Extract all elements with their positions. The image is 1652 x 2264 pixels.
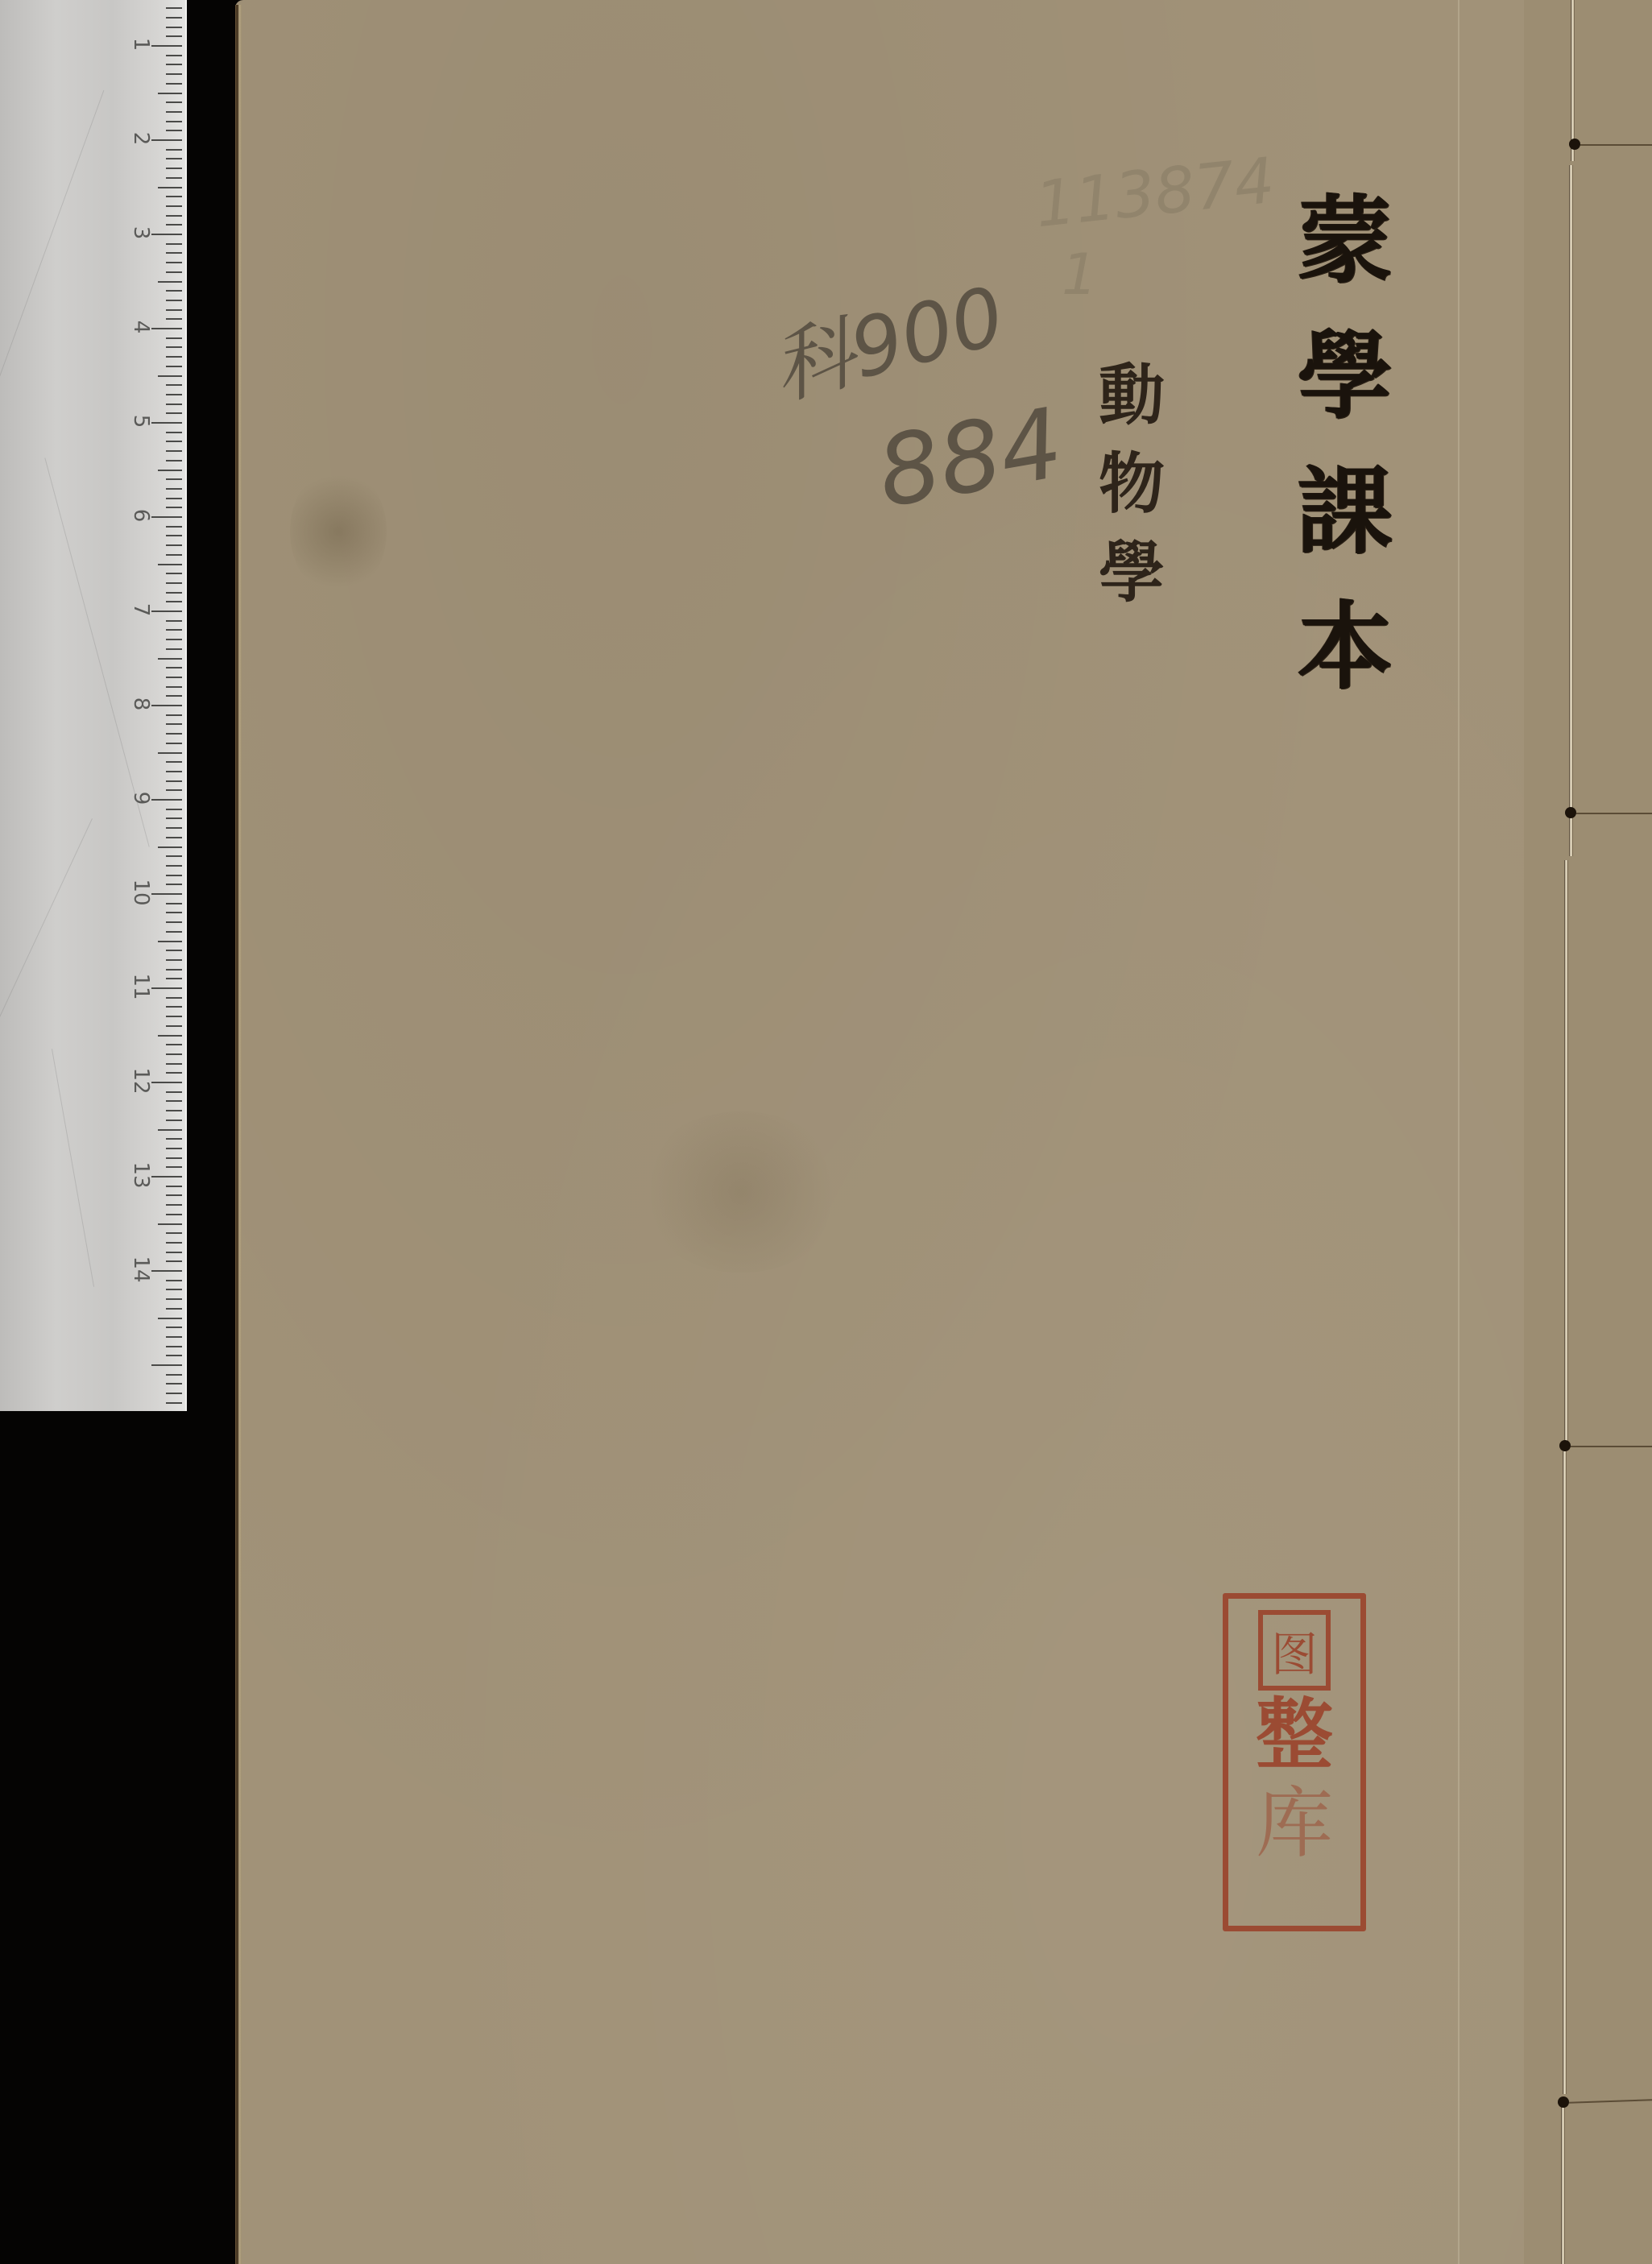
binding-thread (1561, 2097, 1565, 2264)
cover-fold-line (1458, 0, 1459, 2264)
ruler-tick (166, 243, 182, 245)
ruler-tick (166, 101, 182, 103)
ruler-tick (166, 827, 182, 829)
binding-strip (1524, 0, 1652, 2264)
ruler-tick (166, 35, 182, 37)
ruler-tick (166, 1402, 182, 1404)
ruler-tick (166, 667, 182, 668)
ruler-tick (158, 1318, 182, 1319)
ruler-tick (166, 366, 182, 367)
ruler-tick (158, 941, 182, 942)
ruler-tick (166, 1327, 182, 1328)
ruler-tick (151, 799, 182, 801)
ruler-tick (166, 959, 182, 961)
ruler-tick (166, 73, 182, 75)
ruler-tick (166, 1204, 182, 1206)
ruler-number: 1 (129, 24, 153, 64)
ruler-tick (151, 234, 182, 235)
seal-char: 库 (1256, 1779, 1333, 1868)
ruler-tick (166, 111, 182, 113)
ruler-tick (151, 422, 182, 424)
binding-thread (1571, 0, 1575, 161)
ruler-tick (166, 743, 182, 744)
ruler-tick (166, 544, 182, 546)
ruler-tick (166, 677, 182, 678)
ruler-tick (166, 17, 182, 19)
binding-stitch (1571, 1446, 1652, 1447)
ruler-tick (166, 1072, 182, 1074)
ruler-tick (166, 723, 182, 725)
ruler-tick (158, 375, 182, 377)
ruler-number: 6 (129, 495, 153, 536)
paper-stain (636, 1111, 846, 1273)
binding-thread (1569, 165, 1573, 856)
ruler-tick (166, 130, 182, 131)
faint-pencil-mark: 1 (1062, 242, 1098, 308)
ruler-tick (158, 470, 182, 471)
ruler-tick (166, 1044, 182, 1045)
ruler-tick (166, 1194, 182, 1196)
ruler-number: 11 (129, 966, 153, 1007)
ruler-tick (166, 507, 182, 508)
ruler-number: 12 (129, 1061, 153, 1101)
ruler-tick (151, 1176, 182, 1178)
ruler-tick (166, 252, 182, 254)
ruler-tick (166, 412, 182, 414)
ruler-tick (158, 1223, 182, 1225)
ruler-tick (166, 1393, 182, 1394)
subtitle-char: 學 (1099, 540, 1165, 606)
ruler-tick (166, 394, 182, 395)
ruler-tick (166, 262, 182, 263)
ruler-tick (166, 865, 182, 867)
ruler-tick (166, 1138, 182, 1140)
ruler-tick (166, 1016, 182, 1017)
ruler-tick (166, 1091, 182, 1093)
binding-knot (1565, 807, 1576, 818)
ruler-tick (166, 1242, 182, 1244)
ruler-tick (158, 1035, 182, 1037)
ruler-tick (166, 714, 182, 716)
ruler-tick (151, 987, 182, 989)
ruler-tick (158, 281, 182, 283)
ruler-tick (166, 441, 182, 442)
ruler-number: 3 (129, 213, 153, 253)
ruler-number: 7 (129, 590, 153, 630)
title-char: 蒙 (1298, 193, 1393, 288)
ruler-tick (166, 158, 182, 159)
ruler-tick (166, 789, 182, 791)
ruler-tick (151, 1364, 182, 1366)
ruler-tick (166, 290, 182, 292)
ruler-scratch (0, 90, 104, 393)
ruler-tick (166, 196, 182, 197)
ruler-tick (166, 620, 182, 622)
ruler-number: 14 (129, 1249, 153, 1289)
ruler-tick (166, 309, 182, 311)
cover-left-edge (235, 5, 242, 2264)
binding-knot (1559, 1440, 1571, 1451)
ruler-tick (166, 1157, 182, 1159)
ruler-tick (166, 573, 182, 574)
ruler-tick (166, 837, 182, 838)
ruler-tick (166, 1346, 182, 1347)
ruler-tick (166, 875, 182, 876)
ruler-tick (166, 601, 182, 602)
title-char: 學 (1298, 329, 1393, 424)
ruler-tick (151, 516, 182, 518)
ruler-tick (166, 55, 182, 56)
ruler-tick (166, 168, 182, 169)
ruler-tick (166, 460, 182, 461)
ruler-tick (166, 761, 182, 763)
ruler-tick (151, 45, 182, 47)
seal-boxed-char: 图 (1258, 1610, 1331, 1691)
ruler-tick (166, 215, 182, 217)
ruler-tick (158, 658, 182, 660)
ruler-tick (166, 346, 182, 348)
ruler-tick (166, 969, 182, 971)
ruler-tick (158, 846, 182, 848)
ruler-tick (151, 893, 182, 895)
ruler-tick (166, 1053, 182, 1055)
ruler-tick (166, 337, 182, 339)
ruler-tick (166, 488, 182, 490)
ruler-tick (166, 498, 182, 499)
library-seal: 图 整 库 (1223, 1593, 1366, 1931)
ruler-tick (166, 535, 182, 536)
binding-stitch (1580, 144, 1652, 146)
ruler-tick (166, 733, 182, 735)
ruler-tick (166, 921, 182, 923)
ruler-tick (166, 1120, 182, 1121)
ruler-tick (166, 809, 182, 810)
cover-subtitle: 動 物 學 (1087, 362, 1176, 606)
ruler-tick (166, 1186, 182, 1187)
ruler-number: 4 (129, 307, 153, 347)
ruler-tick (166, 1383, 182, 1384)
ruler-tick (166, 931, 182, 933)
ruler-tick (166, 83, 182, 85)
ruler-tick (166, 629, 182, 631)
binding-knot (1558, 2096, 1569, 2108)
cover-title: 蒙 學 課 本 (1293, 193, 1397, 694)
ruler-tick (166, 64, 182, 65)
ruler-tick (166, 695, 182, 697)
ruler-tick (166, 1063, 182, 1065)
ruler-tick (166, 271, 182, 273)
seal-char: 图 (1271, 1616, 1318, 1684)
ruler-tick (166, 771, 182, 772)
binding-thread (1564, 860, 1568, 1448)
ruler-tick (166, 582, 182, 584)
ruler-tick (166, 554, 182, 556)
ruler-tick (166, 450, 182, 452)
ruler-tick (166, 177, 182, 179)
ruler-tick (166, 7, 182, 9)
ruler-tick (151, 1082, 182, 1083)
ruler-tick (158, 1129, 182, 1131)
ruler-tick (166, 1260, 182, 1262)
ruler-tick (166, 1289, 182, 1290)
ruler-tick (166, 432, 182, 433)
ruler-tick (166, 149, 182, 151)
ruler-tick (166, 592, 182, 594)
ruler-number: 5 (129, 401, 153, 441)
ruler-tick (166, 1308, 182, 1310)
ruler-tick (166, 1355, 182, 1356)
ruler-tick (166, 27, 182, 28)
ruler-number: 8 (129, 684, 153, 724)
title-char: 課 (1298, 464, 1393, 559)
ruler-tick (166, 1298, 182, 1300)
binding-knot (1569, 139, 1580, 150)
ruler-tick (158, 564, 182, 565)
ruler-tick (166, 1280, 182, 1281)
measurement-ruler: 1234567891011121314 (0, 0, 187, 1411)
ruler-number: 10 (129, 872, 153, 913)
ruler-tick (166, 1110, 182, 1111)
ruler-tick (166, 300, 182, 301)
ruler-tick (151, 1270, 182, 1272)
ruler-tick (166, 639, 182, 640)
ruler-tick (151, 610, 182, 612)
ruler-tick (166, 384, 182, 386)
ruler-tick (166, 648, 182, 650)
ruler-tick (166, 950, 182, 951)
ruler-tick (151, 705, 182, 706)
ruler-tick (166, 884, 182, 885)
ruler-tick (166, 855, 182, 857)
ruler-tick (166, 817, 182, 819)
ruler-tick (166, 356, 182, 358)
ruler-tick (166, 205, 182, 207)
ruler-tick (166, 318, 182, 320)
ruler-number: 2 (129, 118, 153, 159)
ruler-tick (151, 139, 182, 141)
ruler-tick (158, 752, 182, 754)
subtitle-char: 物 (1099, 451, 1165, 517)
ruler-tick (166, 1336, 182, 1338)
seal-char: 整 (1256, 1691, 1333, 1779)
ruler-tick (166, 1252, 182, 1253)
ruler-tick (166, 526, 182, 528)
ruler-tick (166, 903, 182, 904)
ruler-tick (158, 93, 182, 94)
ruler-tick (166, 912, 182, 913)
ruler-tick (166, 224, 182, 226)
ruler-scratch (0, 818, 93, 1074)
ruler-tick (166, 404, 182, 405)
ruler-tick (151, 328, 182, 329)
ruler-number: 13 (129, 1155, 153, 1195)
ruler-tick (166, 686, 182, 688)
ruler-tick (166, 1006, 182, 1008)
paper-stain (290, 467, 387, 596)
ruler-tick (158, 187, 182, 188)
ruler-tick (166, 1100, 182, 1102)
ruler-tick (166, 1232, 182, 1234)
binding-stitch (1576, 813, 1652, 814)
ruler-tick (166, 1148, 182, 1149)
ruler-tick (166, 1025, 182, 1027)
ruler-tick (166, 1166, 182, 1168)
ruler-tick (166, 478, 182, 480)
subtitle-char: 動 (1099, 362, 1165, 428)
ruler-tick (166, 997, 182, 999)
ruler-tick (166, 1214, 182, 1215)
ruler-tick (166, 780, 182, 782)
ruler-tick (166, 978, 182, 979)
ruler-tick (166, 121, 182, 122)
ruler-scratch (52, 1049, 94, 1287)
binding-thread (1563, 1451, 1567, 2094)
ruler-tick (166, 1374, 182, 1376)
title-char: 本 (1298, 599, 1393, 694)
